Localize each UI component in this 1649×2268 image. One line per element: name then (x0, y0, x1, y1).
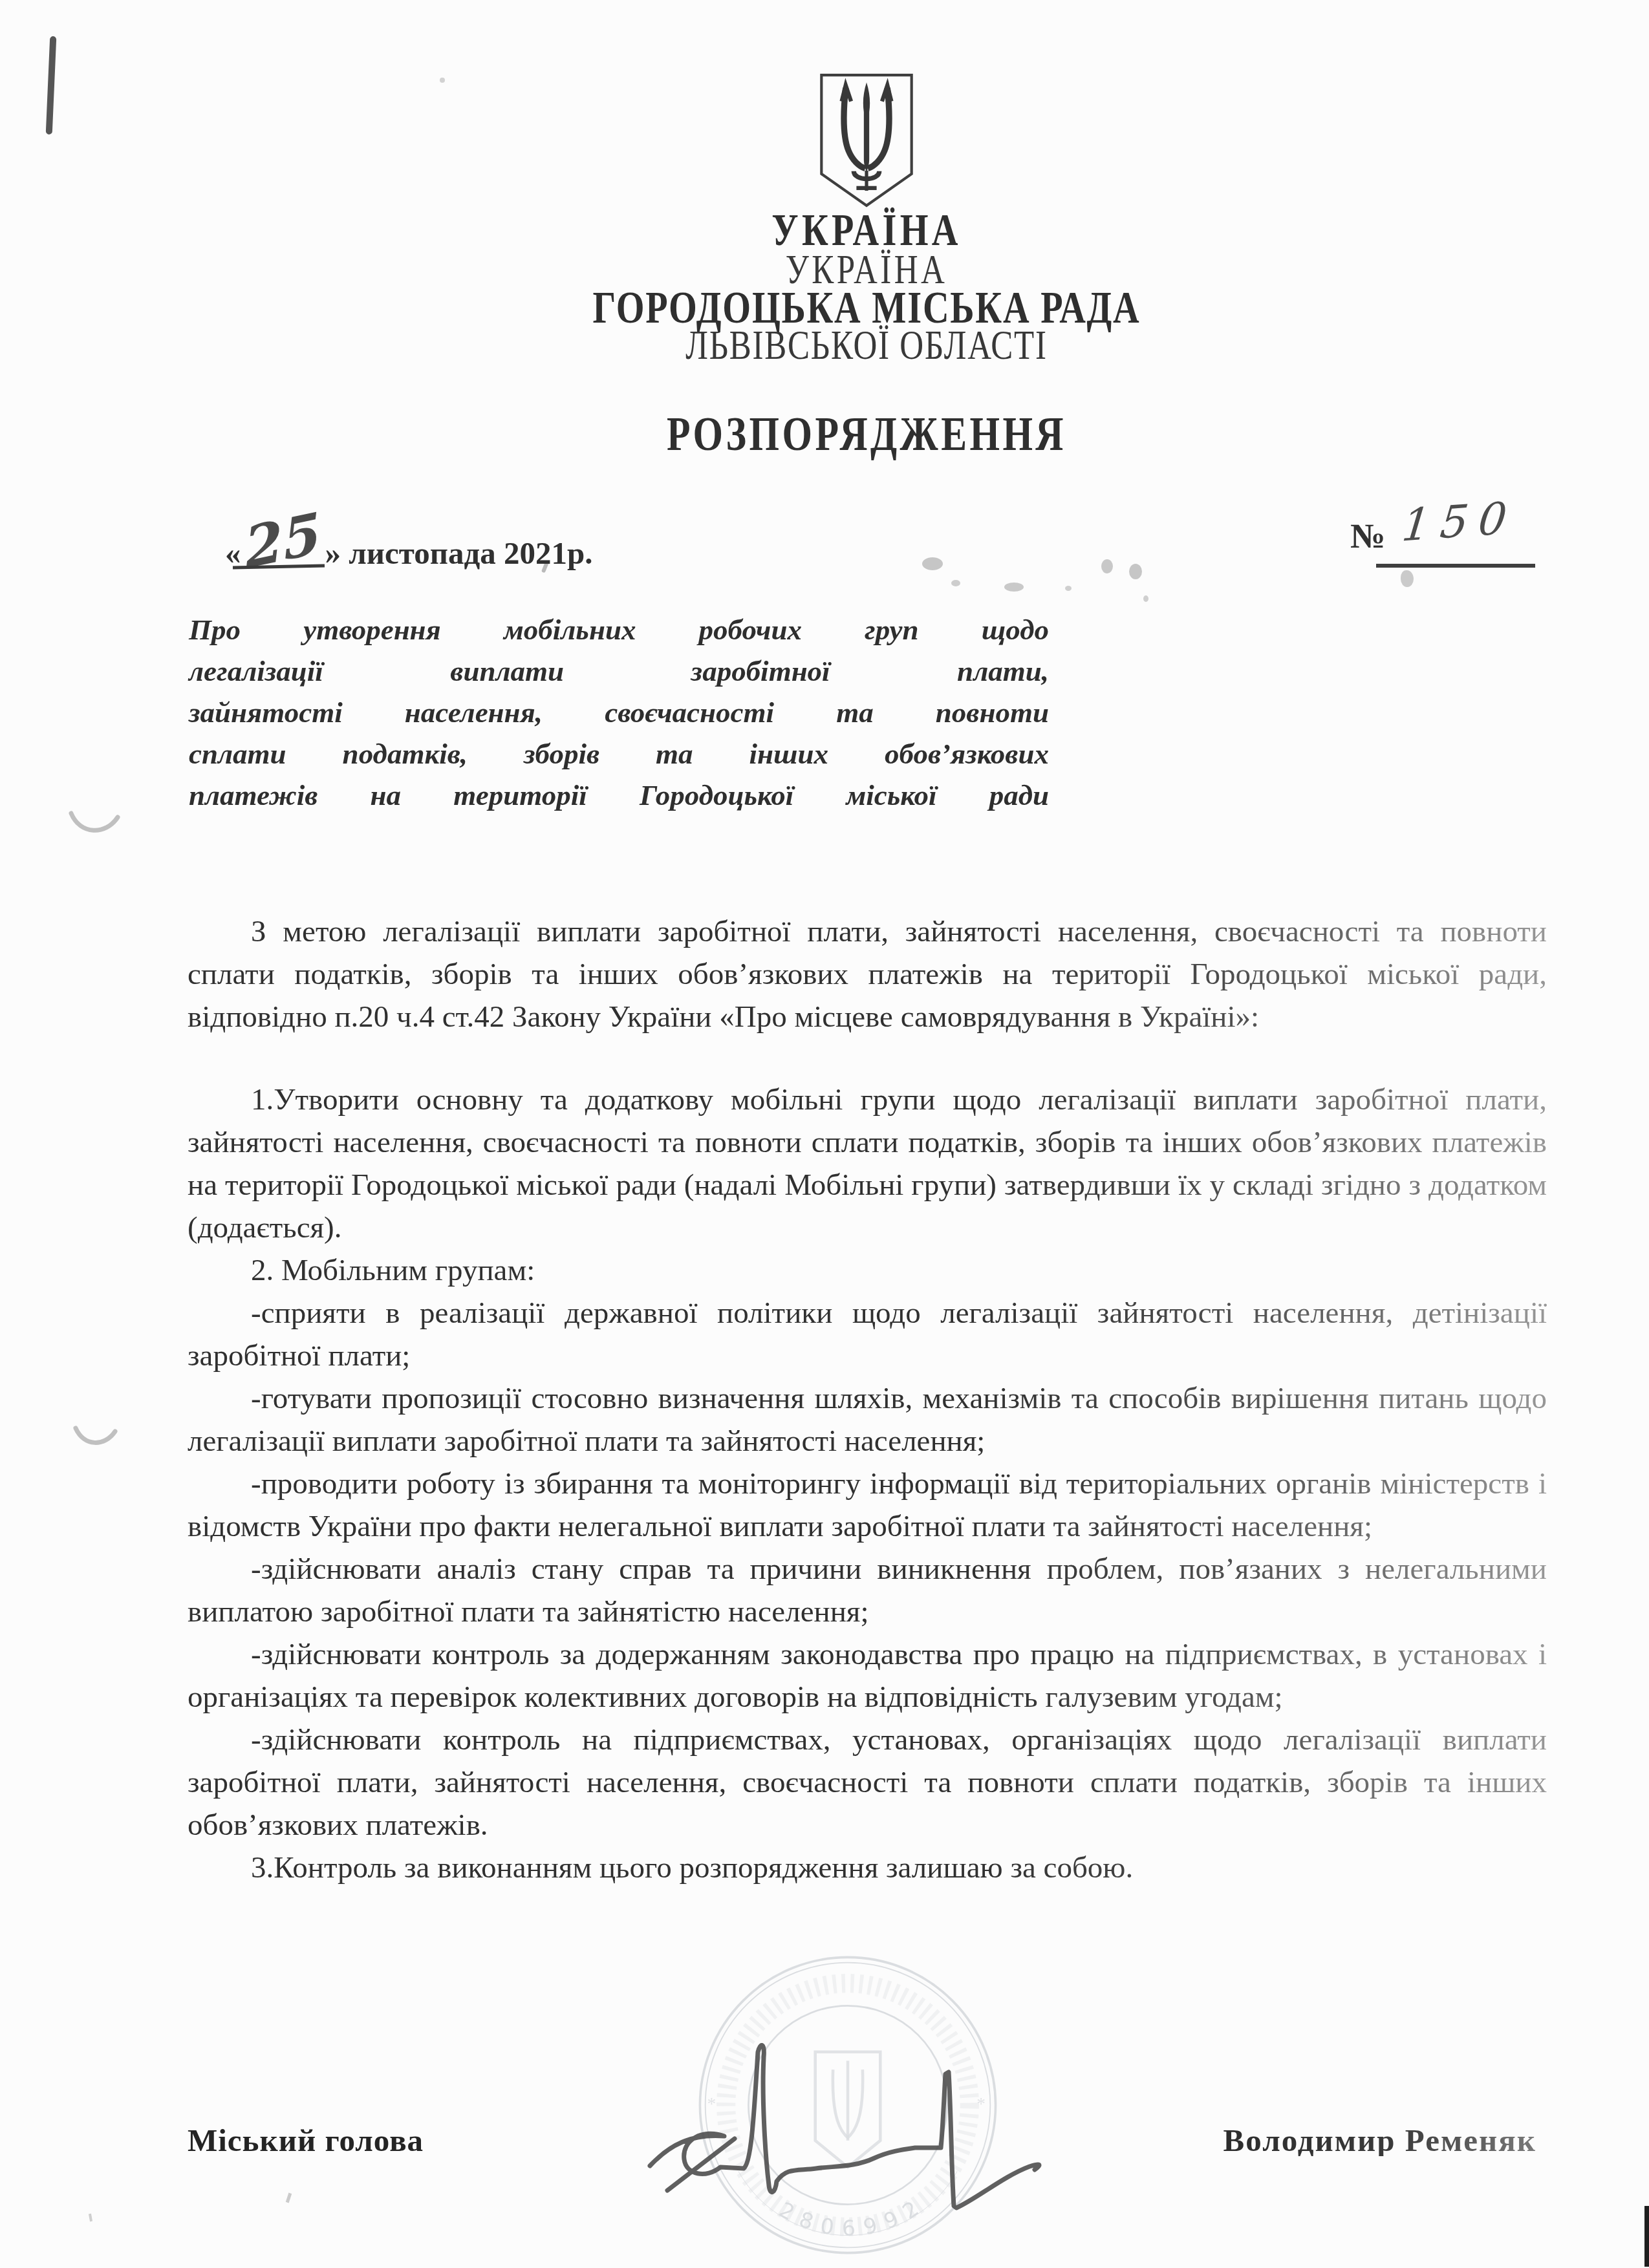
oblast-name: ЛЬВІВСЬКОЇ ОБЛАСТІ (178, 325, 1555, 366)
handwritten-number: 150 (1400, 496, 1520, 548)
subject-line: зайнятості населення, своєчасності та по… (189, 692, 1049, 733)
body-paragraph: 2. Мобільним групам: (188, 1249, 1547, 1292)
scan-artifact-curl (67, 808, 122, 840)
body-paragraph: -проводити роботу із збирання та монітор… (188, 1462, 1547, 1548)
scanned-document-page: УКРАЇНА УКРАЇНА ГОРОДОЦЬКА МІСЬКА РАДА Л… (0, 0, 1649, 2268)
signer-position: Міський голова (188, 2124, 424, 2156)
document-body: З метою легалізації виплати заробітної п… (188, 910, 1547, 1889)
scan-artifact-tick (89, 2214, 92, 2222)
subject-line: легалізації виплати заробітної плати, (189, 650, 1049, 692)
body-paragraph: -готувати пропозиції стосовно визначення… (188, 1377, 1547, 1462)
scan-artifact-curl (72, 1424, 119, 1451)
scan-artifact-tick (286, 2193, 292, 2203)
body-paragraph: -сприяти в реалізації державної політики… (188, 1292, 1547, 1377)
ukraine-trident-emblem-icon (816, 72, 917, 208)
body-paragraph: 1.Утворити основну та додаткову мобільні… (188, 1078, 1547, 1249)
signer-name: Володимир Ременяк (1223, 2124, 1536, 2156)
scan-artifact-dot (440, 78, 445, 83)
subject-line: платежів на території Городоцької місько… (189, 775, 1049, 816)
document-subject: Про утворення мобільних робочих груп щод… (189, 609, 1049, 816)
date-month-year: » листопада 2021р. (325, 535, 593, 571)
scan-artifact-speckles (905, 543, 1177, 614)
number-underline (1376, 564, 1535, 568)
body-paragraph: -здійснювати контроль за додержанням зак… (188, 1633, 1547, 1718)
scan-artifact-blob (1401, 570, 1414, 587)
document-type-title: РОЗПОРЯДЖЕННЯ (178, 410, 1555, 457)
scan-artifact-edge-bar (1644, 2206, 1649, 2267)
body-paragraph: 3.Контроль за виконанням цього розпорядж… (188, 1846, 1547, 1889)
subject-line: сплати податків, зборів та інших обов’яз… (189, 733, 1049, 775)
body-intro-paragraph: З метою легалізації виплати заробітної п… (188, 910, 1547, 1038)
scan-artifact-vertical-line (46, 36, 57, 134)
body-paragraph: -здійснювати аналіз стану справ та причи… (188, 1548, 1547, 1633)
signature-row: Міський голова Володимир Ременяк (188, 2124, 1536, 2156)
body-paragraph: -здійснювати контроль на підприємствах, … (188, 1718, 1547, 1846)
subject-line: Про утворення мобільних робочих груп щод… (189, 609, 1049, 650)
number-label: № (1350, 519, 1385, 553)
